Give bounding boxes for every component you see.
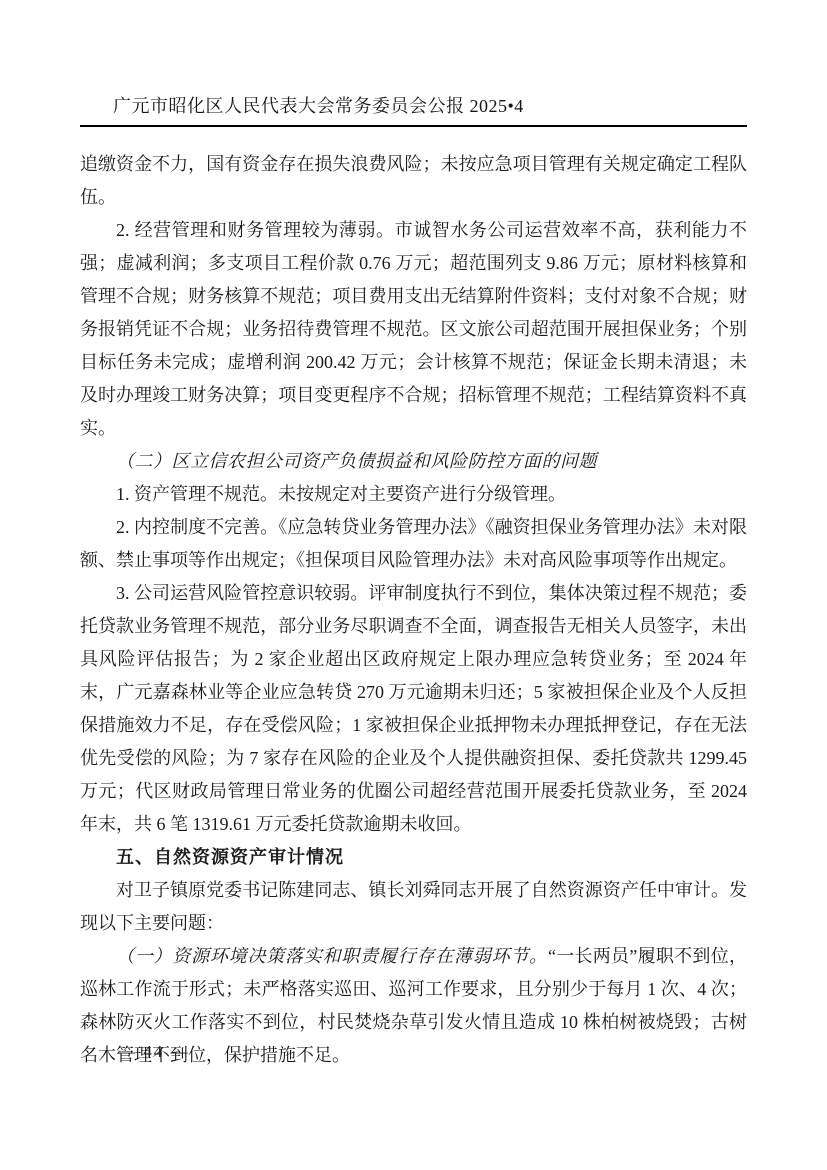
text-run: （二）区立信农担公司资产负债损益和风险防控方面的问题 [116, 451, 597, 471]
page-header: 广元市昭化区人民代表大会常务委员会公报 2025•4 [80, 0, 747, 127]
text-run: 1. 资产管理不规范。未按规定对主要资产进行分级管理。 [116, 484, 566, 504]
paragraph: 追缴资金不力，国有资金存在损失浪费风险；未按应急项目管理有关规定确定工程队伍。 [80, 148, 747, 214]
text-run: 五、自然资源资产审计情况 [116, 847, 344, 867]
document-page: 广元市昭化区人民代表大会常务委员会公报 2025•4 追缴资金不力，国有资金存在… [0, 0, 827, 1170]
text-run: 2. 内控制度不完善。《应急转贷业务管理办法》《融资担保业务管理办法》未对限额、… [80, 517, 747, 570]
bulletin-title: 广元市昭化区人民代表大会常务委员会公报 2025•4 [80, 94, 747, 127]
text-run: 2. 经营管理和财务管理较为薄弱。市诚智水务公司运营效率不高，获利能力不强；虚减… [80, 220, 747, 438]
paragraph: 3. 公司运营风险管控意识较弱。评审制度执行不到位，集体决策过程不规范；委托贷款… [80, 577, 747, 841]
page-footer: — 44 — [118, 1042, 190, 1062]
text-run: （一）资源环境决策落实和职责履行存在薄弱环节。 [116, 946, 548, 966]
paragraph: 对卫子镇原党委书记陈建同志、镇长刘舜同志开展了自然资源资产任中审计。发现以下主要… [80, 874, 747, 940]
paragraph: 五、自然资源资产审计情况 [80, 841, 747, 874]
document-body: 追缴资金不力，国有资金存在损失浪费风险；未按应急项目管理有关规定确定工程队伍。2… [80, 148, 747, 1072]
paragraph: （二）区立信农担公司资产负债损益和风险防控方面的问题 [80, 445, 747, 478]
paragraph: 2. 经营管理和财务管理较为薄弱。市诚智水务公司运营效率不高，获利能力不强；虚减… [80, 214, 747, 445]
text-run: 追缴资金不力，国有资金存在损失浪费风险；未按应急项目管理有关规定确定工程队伍。 [80, 154, 747, 207]
paragraph: 2. 内控制度不完善。《应急转贷业务管理办法》《融资担保业务管理办法》未对限额、… [80, 511, 747, 577]
text-run: 对卫子镇原党委书记陈建同志、镇长刘舜同志开展了自然资源资产任中审计。发现以下主要… [80, 880, 747, 933]
paragraph: 1. 资产管理不规范。未按规定对主要资产进行分级管理。 [80, 478, 747, 511]
page-number: — 44 — [118, 1042, 190, 1061]
text-run: 3. 公司运营风险管控意识较弱。评审制度执行不到位，集体决策过程不规范；委托贷款… [80, 583, 747, 834]
